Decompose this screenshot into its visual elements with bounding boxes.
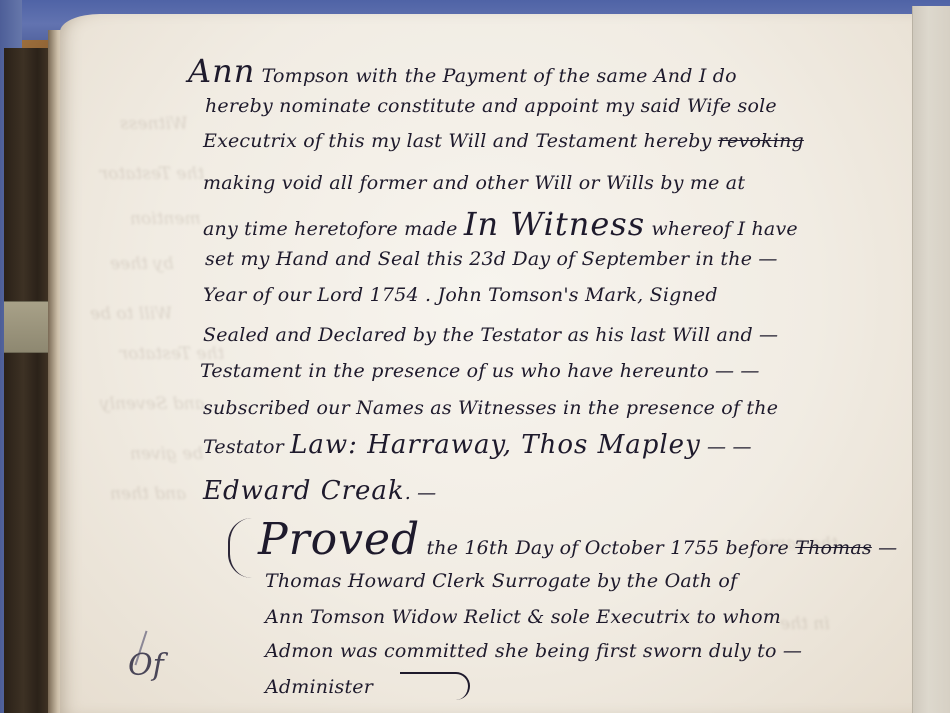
binding-strap: [4, 301, 49, 353]
probate-line-3: Ann Tomson Widow Relict & sole Executrix…: [265, 606, 781, 628]
will-line-5: any time heretofore made In Witness wher…: [203, 205, 798, 243]
margin-mark: Of: [128, 648, 164, 683]
will-line-4: making void all former and other Will or…: [203, 172, 745, 194]
bleed-through-text: and then: [110, 484, 186, 504]
will-line-1: Ann Tompson with the Payment of the same…: [188, 52, 737, 90]
will-line-2: hereby nominate constitute and appoint m…: [205, 95, 777, 117]
name-ann: Ann: [188, 52, 255, 90]
will-line-9: Testament in the presence of us who have…: [200, 360, 760, 382]
probate-line-2: Thomas Howard Clerk Surrogate by the Oat…: [265, 570, 737, 592]
probate-line-1: Proved the 16th Day of October 1755 befo…: [258, 514, 897, 565]
will-line-10: subscribed our Names as Witnesses in the…: [203, 397, 778, 419]
bleed-through-text: by thee: [110, 254, 174, 274]
bleed-through-text: Will to be: [90, 304, 172, 324]
proved-heading: Proved: [258, 514, 420, 565]
facing-page-edge: [912, 6, 950, 713]
book-spine-binding: [4, 48, 52, 713]
struck-word: revoking: [718, 130, 804, 152]
will-line-6: set my Hand and Seal this 23d Day of Sep…: [205, 248, 778, 270]
probate-line-5: Administer: [265, 676, 373, 698]
struck-word: Thomas: [795, 537, 872, 559]
probate-line-4: Admon was committed she being first swor…: [265, 640, 802, 662]
in-witness-heading: In Witness: [464, 205, 645, 243]
witness-edward-creak: Edward Creak: [203, 476, 405, 506]
bleed-through-text: the Testator: [100, 164, 204, 184]
bleed-through-text: be given: [130, 444, 203, 464]
bleed-through-text: in the: [780, 614, 830, 634]
will-line-3: Executrix of this my last Will and Testa…: [203, 130, 804, 152]
closing-flourish: [400, 672, 470, 700]
bleed-through-text: mention: [130, 209, 201, 229]
will-line-8: Sealed and Declared by the Testator as h…: [203, 324, 778, 346]
witness-names: Law: Harraway, Thos Mapley: [290, 430, 701, 460]
will-line-12-witness: Edward Creak. —: [203, 476, 436, 506]
will-line-11-witnesses: Testator Law: Harraway, Thos Mapley — —: [203, 430, 752, 460]
bleed-through-text: and Sevenly: [100, 394, 205, 414]
will-line-7: Year of our Lord 1754 . John Tomson's Ma…: [203, 284, 718, 306]
bleed-through-text: Witness: [120, 114, 188, 134]
